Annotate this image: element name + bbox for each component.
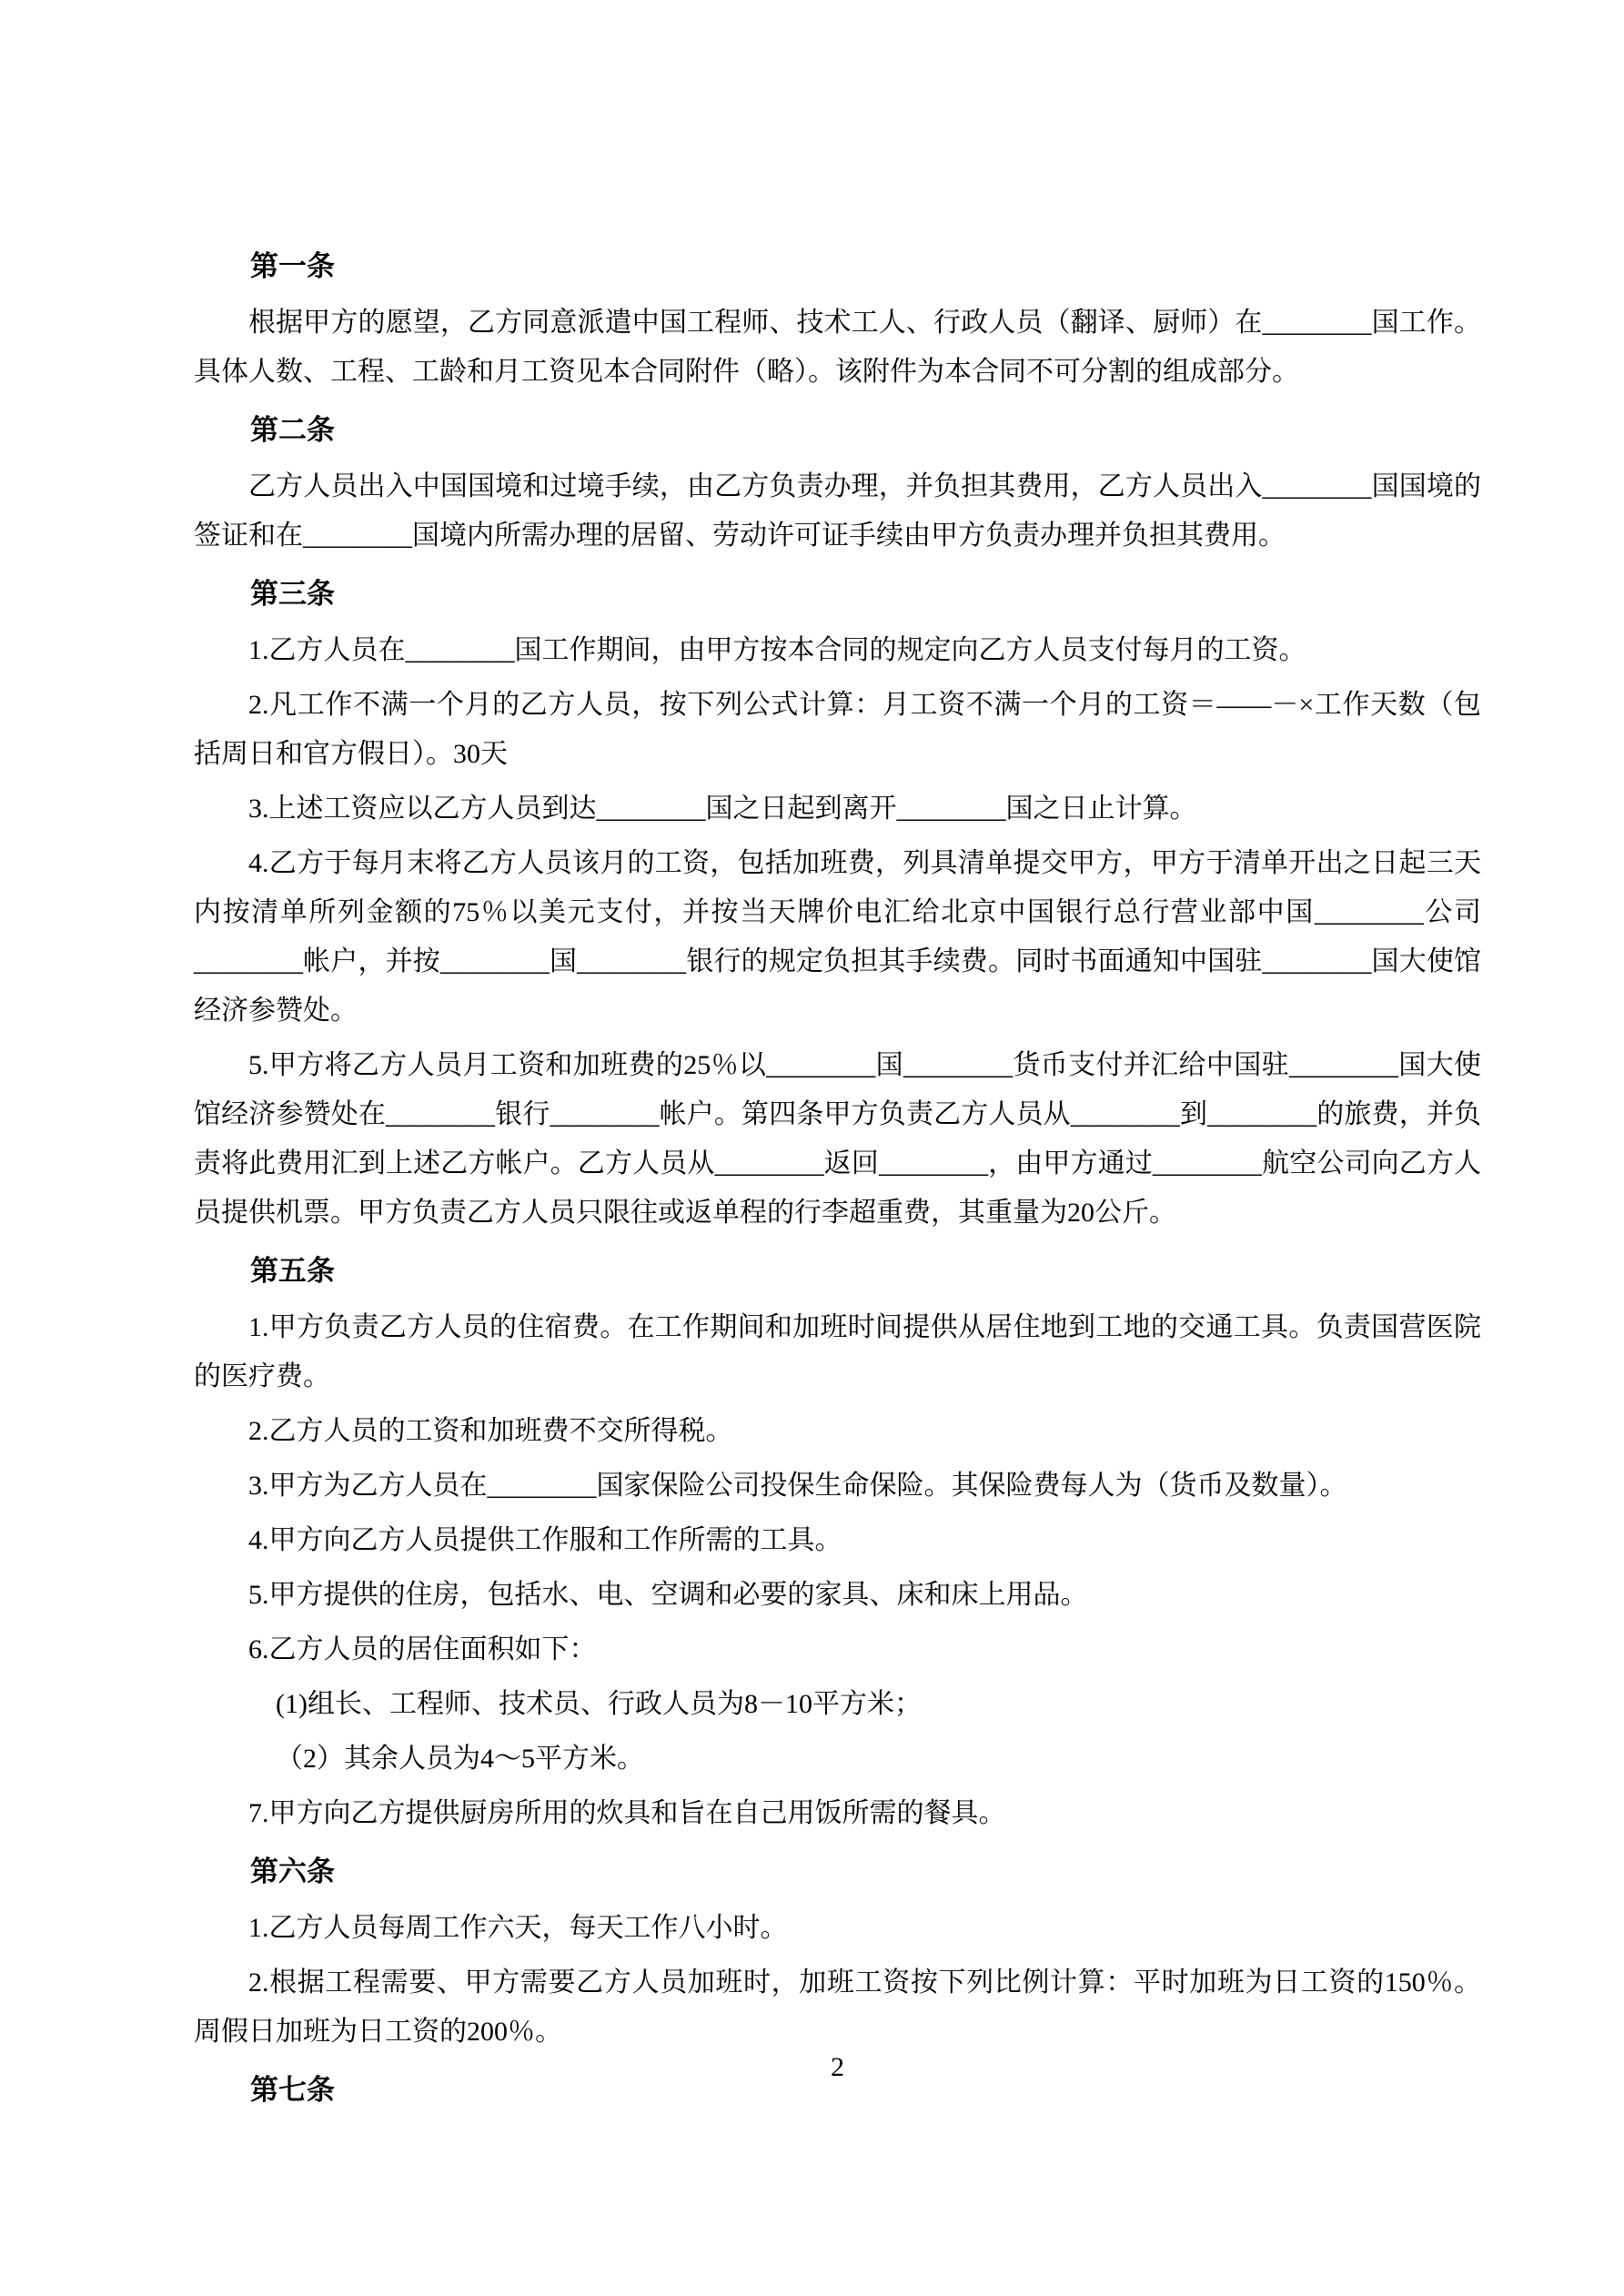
- contract-article: 第三条1.乙方人员在________国工作期间，由甲方按本合同的规定向乙方人员支…: [194, 570, 1481, 1238]
- page-number: 2: [194, 2051, 1481, 2084]
- article-paragraph: 2.凡工作不满一个月的乙方人员，按下列公式计算：月工资不满一个月的工资＝——－×…: [194, 681, 1481, 779]
- article-paragraph: 4.甲方向乙方人员提供工作服和工作所需的工具。: [194, 1516, 1481, 1565]
- article-paragraph: 2.根据工程需要、甲方需要乙方人员加班时，加班工资按下列比例计算：平时加班为日工…: [194, 1958, 1481, 2057]
- article-paragraph: 5.甲方将乙方人员月工资和加班费的25％以________国________货币…: [194, 1041, 1481, 1238]
- article-paragraph: 1.乙方人员在________国工作期间，由甲方按本合同的规定向乙方人员支付每月…: [194, 626, 1481, 675]
- article-heading: 第一条: [194, 242, 1481, 291]
- contract-body: 第一条根据甲方的愿望，乙方同意派遣中国工程师、技术工人、行政人员（翻译、厨师）在…: [194, 233, 1481, 2122]
- article-paragraph: 根据甲方的愿望，乙方同意派遣中国工程师、技术工人、行政人员（翻译、厨师）在___…: [194, 298, 1481, 397]
- contract-article: 第五条1.甲方负责乙方人员的住宿费。在工作期间和加班时间提供从居住地到工地的交通…: [194, 1247, 1481, 1838]
- article-paragraph: 3.上述工资应以乙方人员到达________国之日起到离开________国之日…: [194, 784, 1481, 834]
- article-paragraph: 5.甲方提供的住房，包括水、电、空调和必要的家具、床和床上用品。: [194, 1571, 1481, 1620]
- article-paragraph: 1.甲方负责乙方人员的住宿费。在工作期间和加班时间提供从居住地到工地的交通工具。…: [194, 1303, 1481, 1401]
- article-heading: 第二条: [194, 406, 1481, 455]
- article-heading: 第五条: [194, 1247, 1481, 1296]
- article-paragraph: 3.甲方为乙方人员在________国家保险公司投保生命保险。其保险费每人为（货…: [194, 1462, 1481, 1511]
- article-paragraph: 1.乙方人员每周工作六天，每天工作八小时。: [194, 1904, 1481, 1953]
- article-heading: 第六条: [194, 1847, 1481, 1896]
- article-paragraph: 6.乙方人员的居住面积如下：: [194, 1625, 1481, 1674]
- article-subitem: (1)组长、工程师、技术员、行政人员为8－10平方米；: [194, 1680, 1481, 1729]
- article-paragraph: 4.乙方于每月末将乙方人员该月的工资，包括加班费，列具清单提交甲方，甲方于清单开…: [194, 839, 1481, 1036]
- contract-article: 第一条根据甲方的愿望，乙方同意派遣中国工程师、技术工人、行政人员（翻译、厨师）在…: [194, 242, 1481, 397]
- article-heading: 第三条: [194, 570, 1481, 619]
- contract-article: 第二条乙方人员出入中国国境和过境手续，由乙方负责办理，并负担其费用，乙方人员出入…: [194, 406, 1481, 561]
- article-subitem: （2）其余人员为4～5平方米。: [194, 1735, 1481, 1784]
- article-paragraph: 2.乙方人员的工资和加班费不交所得税。: [194, 1407, 1481, 1456]
- contract-article: 第六条1.乙方人员每周工作六天，每天工作八小时。2.根据工程需要、甲方需要乙方人…: [194, 1847, 1481, 2057]
- document-page: 第一条根据甲方的愿望，乙方同意派遣中国工程师、技术工人、行政人员（翻译、厨师）在…: [0, 0, 1624, 2296]
- article-paragraph: 7.甲方向乙方提供厨房所用的炊具和旨在自己用饭所需的餐具。: [194, 1789, 1481, 1838]
- article-paragraph: 乙方人员出入中国国境和过境手续，由乙方负责办理，并负担其费用，乙方人员出入___…: [194, 462, 1481, 561]
